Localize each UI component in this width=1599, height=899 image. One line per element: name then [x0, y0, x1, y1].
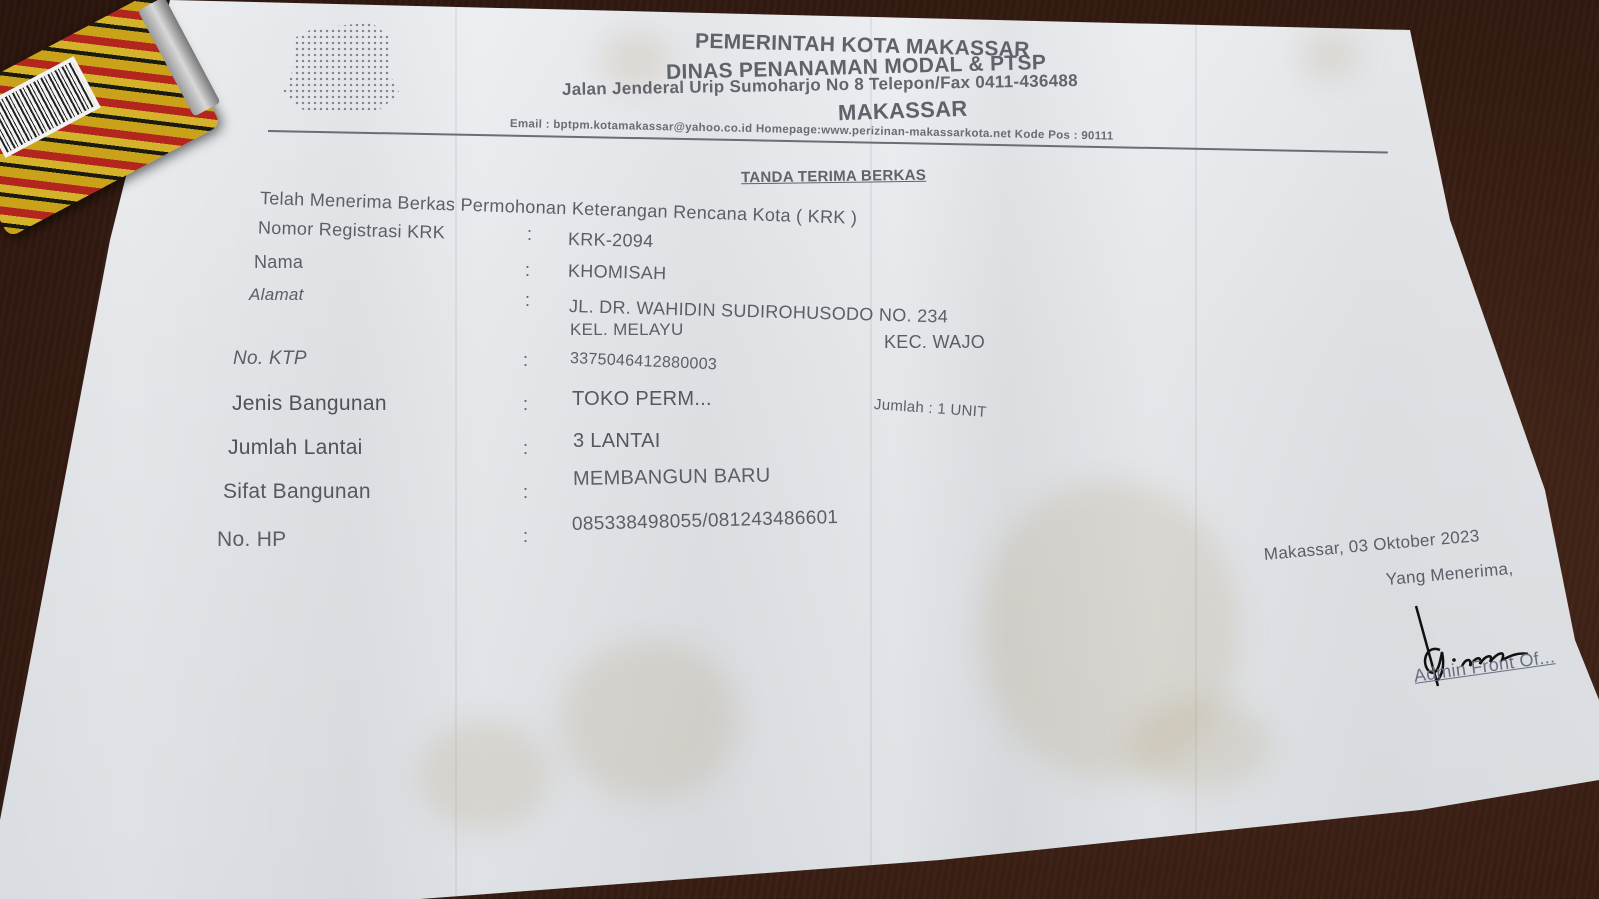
- field-label: No. HP: [217, 528, 287, 552]
- field-unit-count: Jumlah : 1 UNIT: [873, 396, 987, 421]
- receiver-label: Yang Menerima,: [1385, 559, 1514, 590]
- field-label: No. KTP: [233, 348, 307, 370]
- city-emblem-icon: [282, 22, 400, 112]
- field-label: Jumlah Lantai: [228, 436, 363, 460]
- field-separator: :: [525, 260, 530, 281]
- header-city: MAKASSAR: [838, 96, 968, 127]
- field-value-kelurahan: KEL. MELAYU: [570, 320, 684, 340]
- field-separator: :: [523, 394, 528, 415]
- field-separator: :: [527, 224, 532, 245]
- field-value: 3 LANTAI: [573, 430, 661, 453]
- field-value: 085338498055/081243486601: [572, 507, 839, 536]
- field-separator: :: [523, 350, 528, 371]
- document-title: TANDA TERIMA BERKAS: [741, 167, 926, 187]
- field-separator: :: [525, 290, 530, 311]
- field-label: Sifat Bangunan: [223, 480, 371, 504]
- field-separator: :: [523, 482, 528, 503]
- field-value-kecamatan: KEC. WAJO: [884, 332, 985, 353]
- field-separator: :: [523, 526, 528, 547]
- place-date: Makassar, 03 Oktober 2023: [1263, 526, 1480, 565]
- field-separator: :: [523, 438, 528, 459]
- header-contact: Email : bptpm.kotamakassar@yahoo.co.id H…: [510, 118, 1114, 143]
- field-value: KHOMISAH: [568, 261, 667, 285]
- field-value: 3375046412880003: [570, 350, 718, 374]
- receipt-document: PEMERINTAH KOTA MAKASSAR DINAS PENANAMAN…: [0, 0, 1599, 899]
- field-value: TOKO PERM...: [572, 388, 712, 411]
- barcode-icon: [0, 56, 101, 158]
- field-value: KRK-2094: [568, 229, 654, 252]
- field-label: Nama: [254, 252, 303, 273]
- field-label: Alamat: [249, 285, 304, 305]
- field-label: Jenis Bangunan: [232, 392, 387, 416]
- field-label: Nomor Registrasi KRK: [258, 218, 446, 244]
- field-value: MEMBANGUN BARU: [573, 465, 771, 491]
